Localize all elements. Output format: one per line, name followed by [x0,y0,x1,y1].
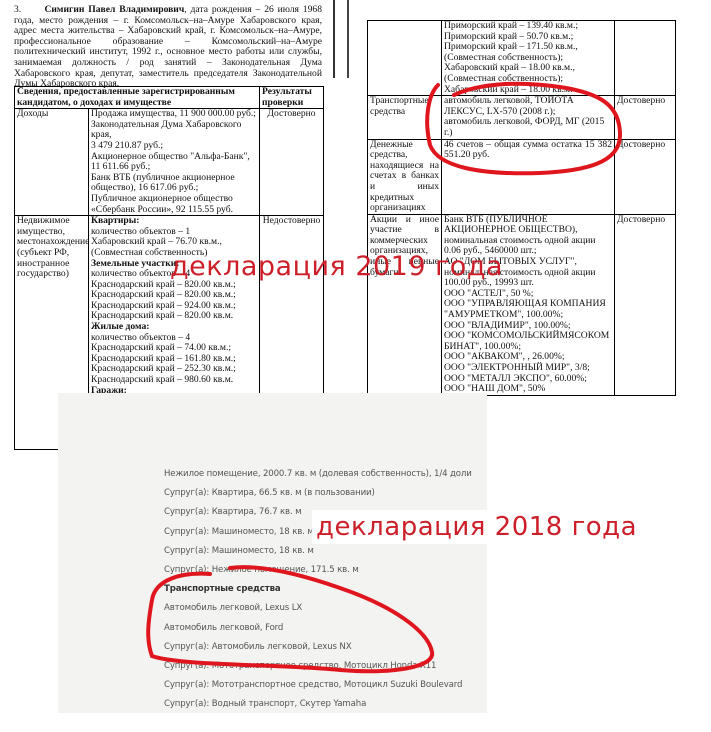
row-category: Денежные средства, находящиеся на счетах… [368,139,442,214]
page-edge [347,0,349,78]
detail-line: Законодательная Дума Хабаровского края, [91,120,257,141]
list-item: Супруг(а): Нежилое помещение, 171.5 кв. … [164,561,494,580]
row-details: Банк ВТБ (ПУБЛИЧНОЕ АКЦИОНЕРНОЕ ОБЩЕСТВО… [442,214,615,395]
declaration-2018-list: Нежилое помещение, 2000.7 кв. м (долевая… [164,465,494,714]
vehicle-line: автомобиль легковой, ФОРД, МГ (2015 г.) [444,117,612,138]
list-item: Нежилое помещение, 2000.7 кв. м (долевая… [164,465,494,484]
detail-line: Хабаровский край – 18.00 кв.м. [444,85,612,96]
share-line: ООО "ЭЛЕКТРОННЫЙ МИР", 3/8; [444,363,612,374]
detail-line: Банк ВТБ (публичное акционерное общество… [91,173,257,194]
row-details: Приморский край – 139.40 кв.м.; Приморск… [442,21,615,96]
candidate-bio: , дата рождения – 26 июля 1968 года, мес… [14,4,322,89]
list-item: Супруг(а): Автомобиль легковой, Lexus NX [164,638,494,657]
item-number: 3. [14,4,21,15]
row-details: Продажа имущества, 11 900 000.00 руб.; З… [89,109,260,216]
row-result: Достоверно [615,214,676,395]
detail-line: Хабаровский край – 18.00 кв.м., (Совмест… [444,63,612,84]
declaration-2019-left-page: 3. Симигин Павел Владимирович, дата рожд… [0,0,350,440]
share-line: ООО "УПРАВЛЯЮЩАЯ КОМПАНИЯ "АМУРМЕТКОМ", … [444,299,612,320]
candidate-intro: 3. Симигин Павел Владимирович, дата рожд… [14,5,322,90]
list-item: Супруг(а): Водный транспорт, Скутер Yama… [164,695,494,714]
table-row: Денежные средства, находящиеся на счетах… [368,139,676,214]
label-declaration-2018: декларация 2018 года [312,510,641,544]
row-result [615,21,676,96]
table-row: Приморский край – 139.40 кв.м.; Приморск… [368,21,676,96]
assets-table: Приморский край – 139.40 кв.м.; Приморск… [367,20,676,396]
row-result: Достоверно [615,96,676,139]
list-item: Супруг(а): Мототранспортное средство, Мо… [164,657,494,676]
declaration-2018-panel: Нежилое помещение, 2000.7 кв. м (долевая… [58,393,487,713]
list-item: Супруг(а): Мототранспортное средство, Мо… [164,676,494,695]
list-item: Автомобиль легковой, Lexus LX [164,599,494,618]
row-category: Акции и иное участие в коммерческих орга… [368,214,442,395]
section-heading-vehicles: Транспортные средства [164,580,494,599]
table-row: Акции и иное участие в коммерческих орга… [368,214,676,395]
table-row: Доходы Продажа имущества, 11 900 000.00 … [15,109,324,216]
detail-line: Приморский край – 171.50 кв.м., (Совмест… [444,42,612,63]
share-line: ООО "КОМСОМОЛЬСКИЙМЯСОКОМБИНАТ", 100.00%… [444,331,612,352]
detail-line: 3 479 210.87 руб.; [91,141,257,152]
row-result: Достоверно [615,139,676,214]
list-item: Супруг(а): Квартира, 66.5 кв. м (в польз… [164,484,494,503]
table-row: Транспортные средства автомобиль легково… [368,96,676,139]
row-result: Достоверно [260,109,324,216]
vehicle-line: автомобиль легковой, ТОЙОТА ЛЕКСУС, LX-5… [444,96,612,117]
label-declaration-2019: декларация 2019 года [170,252,503,282]
list-item: Супруг(а): Машиноместо, 18 кв. м [164,542,494,561]
row-category [368,21,442,96]
row-details: автомобиль легковой, ТОЙОТА ЛЕКСУС, LX-5… [442,96,615,139]
detail-line: Приморский край – 139.40 кв.м.; [444,21,612,32]
detail-line: Публичное акционерное общество «Сбербанк… [91,194,257,215]
row-category: Транспортные средства [368,96,442,139]
row-details: 46 счетов – общая сумма остатка 15 382 5… [442,139,615,214]
header-result: Результаты проверки [260,87,324,109]
table-header-row: Сведения, предоставленные зарегистрирова… [15,87,324,109]
candidate-name: Симигин Павел Владимирович [44,4,184,15]
row-category: Доходы [15,109,89,216]
page-divider [333,0,335,78]
header-info: Сведения, предоставленные зарегистрирова… [15,87,260,109]
list-item: Автомобиль легковой, Ford [164,619,494,638]
